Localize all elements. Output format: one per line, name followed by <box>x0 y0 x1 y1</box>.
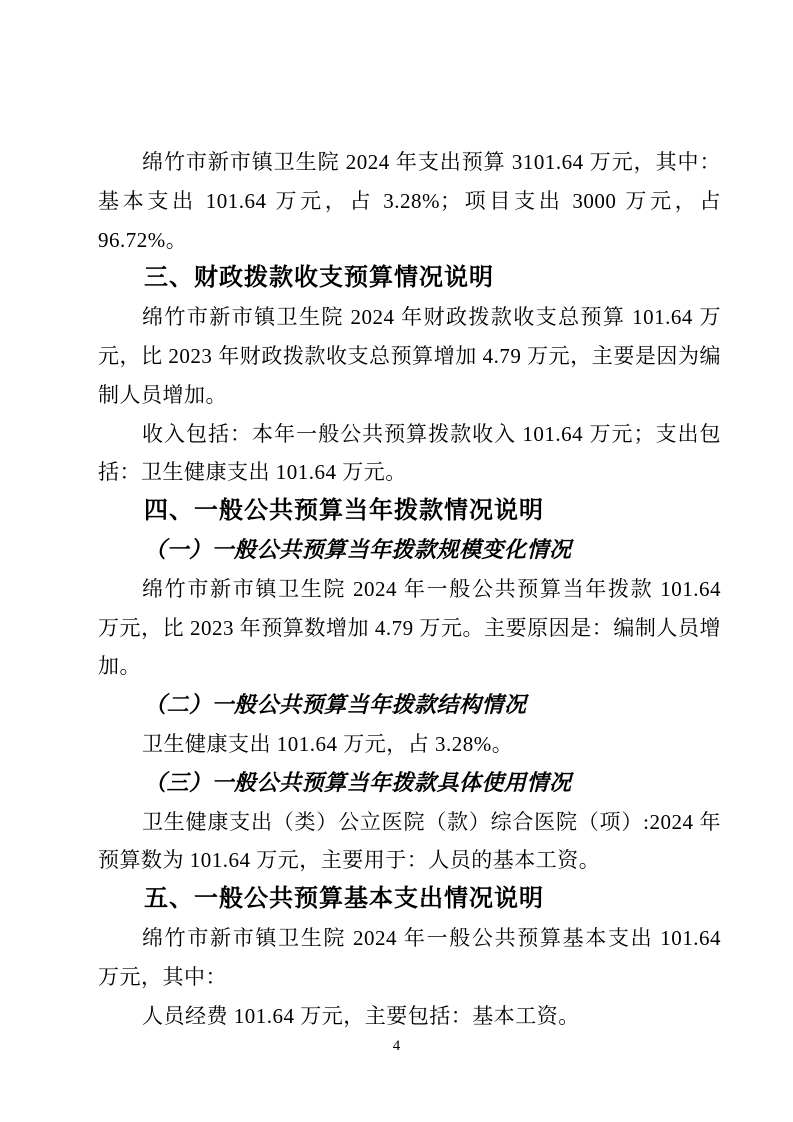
paragraph-income-expense: 收入包括：本年一般公共预算拨款收入 101.64 万元；支出包括：卫生健康支出 … <box>98 415 721 493</box>
subsection-heading-4-2: （二）一般公共预算当年拨款结构情况 <box>98 686 721 725</box>
section-heading-5: 五、一般公共预算基本支出情况说明 <box>98 880 721 919</box>
page-number: 4 <box>0 1036 793 1056</box>
paragraph-fiscal-total: 绵竹市新市镇卫生院 2024 年财政拨款收支总预算 101.64 万元，比 20… <box>98 298 721 414</box>
paragraph-basic-expenditure: 绵竹市新市镇卫生院 2024 年一般公共预算基本支出 101.64 万元，其中： <box>98 919 721 997</box>
document-page: 绵竹市新市镇卫生院 2024 年支出预算 3101.64 万元，其中：基本支出 … <box>0 0 793 1122</box>
paragraph-scale-change: 绵竹市新市镇卫生院 2024 年一般公共预算当年拨款 101.64 万元，比 2… <box>98 570 721 686</box>
section-heading-3: 三、财政拨款收支预算情况说明 <box>98 259 721 298</box>
paragraph-structure: 卫生健康支出 101.64 万元，占 3.28%。 <box>98 725 721 764</box>
document-body: 绵竹市新市镇卫生院 2024 年支出预算 3101.64 万元，其中：基本支出 … <box>98 143 721 1035</box>
section-heading-4: 四、一般公共预算当年拨款情况说明 <box>98 492 721 531</box>
subsection-heading-4-1: （一）一般公共预算当年拨款规模变化情况 <box>98 531 721 570</box>
paragraph-personnel-funds: 人员经费 101.64 万元，主要包括：基本工资。 <box>98 997 721 1036</box>
paragraph-expenditure-summary: 绵竹市新市镇卫生院 2024 年支出预算 3101.64 万元，其中：基本支出 … <box>98 143 721 259</box>
subsection-heading-4-3: （三）一般公共预算当年拨款具体使用情况 <box>98 764 721 803</box>
paragraph-specific-use: 卫生健康支出（类）公立医院（款）综合医院（项）:2024 年预算数为 101.6… <box>98 803 721 881</box>
